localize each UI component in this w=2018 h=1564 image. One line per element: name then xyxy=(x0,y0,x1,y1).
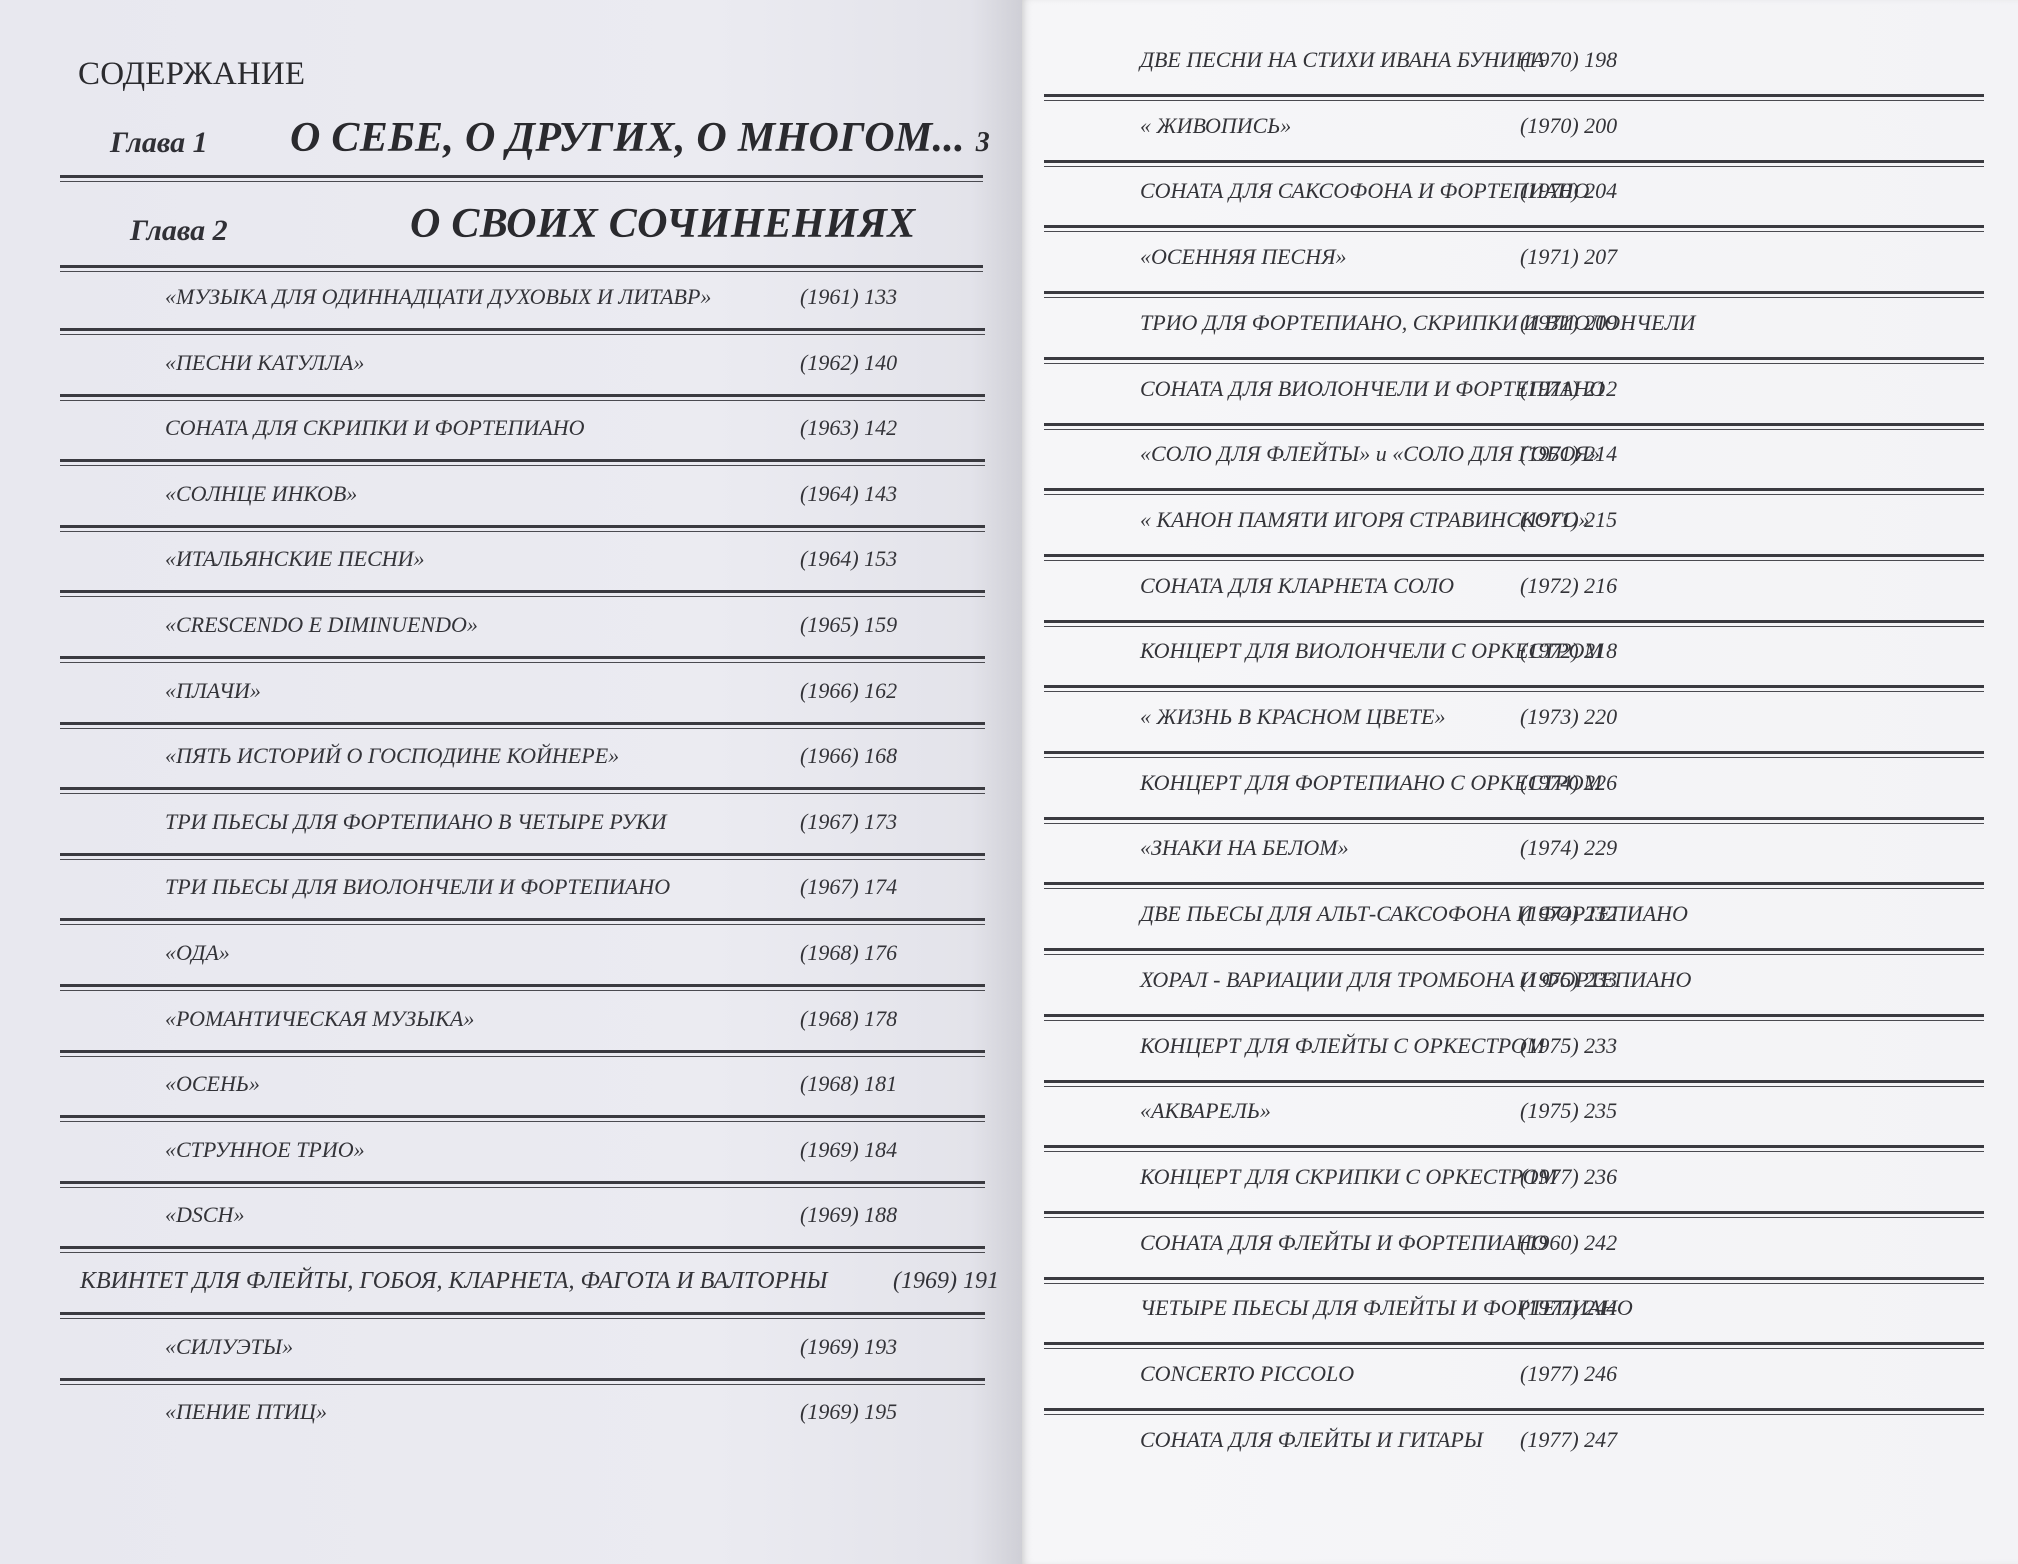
entry-year: 1977 xyxy=(1527,1295,1571,1320)
entry-year: 1970 xyxy=(1527,178,1571,203)
toc-entry[interactable]: ТРИ ПЬЕСЫ ДЛЯ ВИОЛОНЧЕЛИ И ФОРТЕПИАНО(19… xyxy=(165,874,670,900)
entry-year-page: (1972) 218 xyxy=(1520,638,1617,664)
chapter-1-page: 3 xyxy=(976,127,990,158)
entry-year: 1969 xyxy=(807,1334,851,1359)
divider xyxy=(1044,1408,1984,1415)
toc-entry[interactable]: ХОРАЛ - ВАРИАЦИИ ДЛЯ ТРОМБОНА И ФОРТЕПИА… xyxy=(1140,967,1691,993)
entry-year-page: (1970) 200 xyxy=(1520,113,1617,139)
entry-year: 1969 xyxy=(807,1202,851,1227)
entry-year-page: (1966) 162 xyxy=(800,678,897,704)
entry-page-number: 159 xyxy=(864,612,897,637)
divider xyxy=(1044,94,1984,101)
entry-year-page: (1966) 168 xyxy=(800,743,897,769)
entry-title: «АКВАРЕЛЬ» xyxy=(1140,1098,1271,1123)
divider xyxy=(1044,1342,1984,1349)
entry-year: 1969 xyxy=(901,1268,949,1294)
entry-page-number: 193 xyxy=(864,1334,897,1359)
divider xyxy=(1044,1145,1984,1152)
entry-title: « ЖИЗНЬ В КРАСНОМ ЦВЕТЕ» xyxy=(1140,704,1445,729)
entry-title: СОНАТА ДЛЯ ФЛЕЙТЫ И ФОРТЕПИАНО xyxy=(1140,1230,1548,1255)
right-page: ДВЕ ПЕСНИ НА СТИХИ ИВАНА БУНИНА(1970) 19… xyxy=(1022,0,2018,1564)
entry-title: «СОЛНЦЕ ИНКОВ» xyxy=(165,481,357,506)
entry-page-number: 176 xyxy=(864,940,897,965)
divider xyxy=(60,787,985,794)
toc-entry[interactable]: «ПЯТЬ ИСТОРИЙ О ГОСПОДИНЕ КОЙНЕРЕ»(1966)… xyxy=(165,743,619,769)
toc-entry[interactable]: «СОЛО ДЛЯ ФЛЕЙТЫ» и «СОЛО ДЛЯ ГОБОЯ»(197… xyxy=(1140,441,1600,467)
entry-year: 1974 xyxy=(1527,901,1571,926)
toc-entry[interactable]: КОНЦЕРТ ДЛЯ ФОРТЕПИАНО С ОРКЕСТРОМ(1974)… xyxy=(1140,770,1602,796)
entry-year-page: (1973) 220 xyxy=(1520,704,1617,730)
toc-entry[interactable]: «СИЛУЭТЫ»(1969) 193 xyxy=(165,1334,293,1360)
entry-page-number: 209 xyxy=(1584,310,1617,335)
entry-year-page: (1961) 133 xyxy=(800,284,897,310)
entry-year-page: (1971) 215 xyxy=(1520,507,1617,533)
entry-page-number: 235 xyxy=(1584,1098,1617,1123)
entry-title: СОНАТА ДЛЯ СКРИПКИ И ФОРТЕПИАНО xyxy=(165,415,585,440)
entry-page-number: 200 xyxy=(1584,113,1617,138)
entry-year-page: (1968) 178 xyxy=(800,1006,897,1032)
divider xyxy=(1044,554,1984,561)
entry-year-page: (1965) 159 xyxy=(800,612,897,638)
entry-year: 1966 xyxy=(807,743,851,768)
entry-title: «ОДА» xyxy=(165,940,230,965)
toc-heading: СОДЕРЖАНИЕ xyxy=(78,56,305,93)
entry-title: «ЗНАКИ НА БЕЛОМ» xyxy=(1140,835,1349,860)
entry-year: 1969 xyxy=(807,1399,851,1424)
entry-page-number: 216 xyxy=(1584,573,1617,598)
toc-entry[interactable]: «РОМАНТИЧЕСКАЯ МУЗЫКА»(1968) 178 xyxy=(165,1006,474,1032)
entry-year: 1972 xyxy=(1527,573,1571,598)
divider xyxy=(60,328,985,335)
entry-year: 1971 xyxy=(1527,507,1571,532)
entry-year: 1970 xyxy=(1527,113,1571,138)
entry-year-page: (1971) 207 xyxy=(1520,244,1617,270)
entry-year: 1972 xyxy=(1527,638,1571,663)
toc-entry[interactable]: «ЗНАКИ НА БЕЛОМ»(1974) 229 xyxy=(1140,835,1349,861)
toc-entry[interactable]: «СТРУННОЕ ТРИО»(1969) 184 xyxy=(165,1137,365,1163)
entry-year: 1960 xyxy=(1527,1230,1571,1255)
entry-page-number: 133 xyxy=(864,284,897,309)
entry-page-number: 181 xyxy=(864,1071,897,1096)
entry-page-number: 229 xyxy=(1584,835,1617,860)
entry-title: СОНАТА ДЛЯ ФЛЕЙТЫ И ГИТАРЫ xyxy=(1140,1427,1483,1452)
divider xyxy=(1044,423,1984,430)
entry-year: 1969 xyxy=(807,1137,851,1162)
entry-year-page: (1975) 233 xyxy=(1520,967,1617,993)
entry-title: ДВЕ ПЕСНИ НА СТИХИ ИВАНА БУНИНА xyxy=(1140,47,1545,72)
divider xyxy=(60,394,985,401)
toc-entry[interactable]: ТРИО ДЛЯ ФОРТЕПИАНО, СКРИПКИ И ВИОЛОНЧЕЛ… xyxy=(1140,310,1695,336)
entry-year: 1973 xyxy=(1527,704,1571,729)
toc-entry[interactable]: «ИТАЛЬЯНСКИЕ ПЕСНИ»(1964) 153 xyxy=(165,546,425,572)
entry-page-number: 162 xyxy=(864,678,897,703)
toc-entry[interactable]: « ЖИЗНЬ В КРАСНОМ ЦВЕТЕ»(1973) 220 xyxy=(1140,704,1445,730)
entry-page-number: 153 xyxy=(864,546,897,571)
entry-page-number: 215 xyxy=(1584,507,1617,532)
toc-entry[interactable]: КОНЦЕРТ ДЛЯ ФЛЕЙТЫ С ОРКЕСТРОМ(1975) 233 xyxy=(1140,1033,1545,1059)
entry-title: СОНАТА ДЛЯ КЛАРНЕТА СОЛО xyxy=(1140,573,1454,598)
entry-page-number: 140 xyxy=(864,350,897,375)
entry-year-page: (1969) 195 xyxy=(800,1399,897,1425)
toc-entry[interactable]: « ЖИВОПИСЬ»(1970) 200 xyxy=(1140,113,1291,139)
entry-title: CONCERTO PICCOLO xyxy=(1140,1361,1354,1386)
entry-title: «СИЛУЭТЫ» xyxy=(165,1334,293,1359)
toc-entry[interactable]: КОНЦЕРТ ДЛЯ ВИОЛОНЧЕЛИ С ОРКЕСТРОМ(1972)… xyxy=(1140,638,1603,664)
entry-year-page: (1977) 246 xyxy=(1520,1361,1617,1387)
chapter-2-label: Глава 2 xyxy=(130,214,228,248)
toc-entry[interactable]: ЧЕТЫРЕ ПЬЕСЫ ДЛЯ ФЛЕЙТЫ И ФОРТЕПИАНО(197… xyxy=(1140,1295,1633,1321)
entry-year-page: (1960) 242 xyxy=(1520,1230,1617,1256)
divider xyxy=(60,265,983,272)
entry-year: 1962 xyxy=(807,350,851,375)
entry-year-page: (1974) 229 xyxy=(1520,835,1617,861)
entry-year: 1970 xyxy=(1527,47,1571,72)
entry-year-page: (1975) 233 xyxy=(1520,1033,1617,1059)
toc-entry[interactable]: ДВЕ ПЕСНИ НА СТИХИ ИВАНА БУНИНА(1970) 19… xyxy=(1140,47,1545,73)
entry-year: 1968 xyxy=(807,940,851,965)
entry-page-number: 218 xyxy=(1584,638,1617,663)
entry-year-page: (1972) 216 xyxy=(1520,573,1617,599)
divider xyxy=(60,984,985,991)
toc-entry[interactable]: «CRESCENDO E DIMINUENDO»(1965) 159 xyxy=(165,612,478,638)
entry-title: «РОМАНТИЧЕСКАЯ МУЗЫКА» xyxy=(165,1006,474,1031)
entry-title: КОНЦЕРТ ДЛЯ СКРИПКИ С ОРКЕСТРОМ xyxy=(1140,1164,1557,1189)
divider xyxy=(1044,620,1984,627)
entry-year-page: (1974) 232 xyxy=(1520,901,1617,927)
entry-year-page: (1967) 173 xyxy=(800,809,897,835)
entry-page-number: 204 xyxy=(1584,178,1617,203)
divider xyxy=(1044,1080,1984,1087)
entry-year-page: (1969) 184 xyxy=(800,1137,897,1163)
entry-page-number: 178 xyxy=(864,1006,897,1031)
entry-page-number: 232 xyxy=(1584,901,1617,926)
entry-title: «ПЛАЧИ» xyxy=(165,678,261,703)
entry-year: 1975 xyxy=(1527,1098,1571,1123)
chapter-1-label: Глава 1 xyxy=(110,126,208,160)
entry-year: 1971 xyxy=(1527,376,1571,401)
toc-entry[interactable]: ТРИ ПЬЕСЫ ДЛЯ ФОРТЕПИАНО В ЧЕТЫРЕ РУКИ(1… xyxy=(165,809,667,835)
entry-year: 1964 xyxy=(807,546,851,571)
entry-title: « ЖИВОПИСЬ» xyxy=(1140,113,1291,138)
entry-title: «ПЯТЬ ИСТОРИЙ О ГОСПОДИНЕ КОЙНЕРЕ» xyxy=(165,743,619,768)
entry-title: «ОСЕНЬ» xyxy=(165,1071,260,1096)
entry-year: 1965 xyxy=(807,612,851,637)
entry-year-page: (1975) 235 xyxy=(1520,1098,1617,1124)
entry-year-page: (1970) 204 xyxy=(1520,178,1617,204)
entry-year: 1971 xyxy=(1527,310,1571,335)
chapter-2-title: О СВОИХ СОЧИНЕНИЯХ xyxy=(410,200,916,248)
toc-entry[interactable]: «СОЛНЦЕ ИНКОВ»(1964) 143 xyxy=(165,481,357,507)
entry-page-number: 174 xyxy=(864,874,897,899)
toc-entry[interactable]: КОНЦЕРТ ДЛЯ СКРИПКИ С ОРКЕСТРОМ(1977) 23… xyxy=(1140,1164,1557,1190)
entry-title: «ОСЕННЯЯ ПЕСНЯ» xyxy=(1140,244,1347,269)
toc-entry[interactable]: СОНАТА ДЛЯ КЛАРНЕТА СОЛО(1972) 216 xyxy=(1140,573,1454,599)
divider xyxy=(1044,1014,1984,1021)
entry-page-number: 233 xyxy=(1584,967,1617,992)
divider xyxy=(60,1246,985,1253)
left-page: СОДЕРЖАНИЕ Глава 1 О СЕБЕ, О ДРУГИХ, О М… xyxy=(0,0,1022,1564)
entry-page-number: 198 xyxy=(1584,47,1617,72)
entry-year-page: (1969) 188 xyxy=(800,1202,897,1228)
toc-entry[interactable]: « КАНОН ПАМЯТИ ИГОРЯ СТРАВИНСКОГО»(1971)… xyxy=(1140,507,1589,533)
entry-year-page: (1968) 181 xyxy=(800,1071,897,1097)
toc-entry[interactable]: СОНАТА ДЛЯ ВИОЛОНЧЕЛИ И ФОРТЕПИАНО(1971)… xyxy=(1140,376,1605,402)
entry-year: 1963 xyxy=(807,415,851,440)
divider xyxy=(60,1312,985,1319)
divider xyxy=(60,1115,985,1122)
entry-year: 1975 xyxy=(1527,967,1571,992)
entry-page-number: 220 xyxy=(1584,704,1617,729)
divider xyxy=(60,1181,985,1188)
divider xyxy=(60,1050,985,1057)
divider xyxy=(60,656,985,663)
entry-year-page: (1971) 212 xyxy=(1520,376,1617,402)
toc-entry[interactable]: CONCERTO PICCOLO(1977) 246 xyxy=(1140,1361,1354,1387)
divider xyxy=(1044,291,1984,298)
divider xyxy=(60,590,985,597)
entry-title: «СТРУННОЕ ТРИО» xyxy=(165,1137,365,1162)
divider xyxy=(1044,948,1984,955)
entry-page-number: 168 xyxy=(864,743,897,768)
entry-title: «ПЕСНИ КАТУЛЛА» xyxy=(165,350,364,375)
entry-title: КОНЦЕРТ ДЛЯ ФЛЕЙТЫ С ОРКЕСТРОМ xyxy=(1140,1033,1545,1058)
entry-year: 1974 xyxy=(1527,770,1571,795)
entry-year-page: (1969) 191 xyxy=(893,1268,999,1295)
entry-page-number: 142 xyxy=(864,415,897,440)
entry-page-number: 173 xyxy=(864,809,897,834)
entry-year: 1961 xyxy=(807,284,851,309)
toc-entry[interactable]: «ПЛАЧИ»(1966) 162 xyxy=(165,678,261,704)
entry-year: 1977 xyxy=(1527,1361,1571,1386)
entry-year-page: (1964) 153 xyxy=(800,546,897,572)
entry-page-number: 188 xyxy=(864,1202,897,1227)
entry-page-number: 212 xyxy=(1584,376,1617,401)
divider xyxy=(1044,751,1984,758)
entry-page-number: 233 xyxy=(1584,1033,1617,1058)
entry-year: 1964 xyxy=(807,481,851,506)
entry-year: 1968 xyxy=(807,1006,851,1031)
toc-entry[interactable]: «ПЕНИЕ ПТИЦ»(1969) 195 xyxy=(165,1399,327,1425)
toc-entry[interactable]: ДВЕ ПЬЕСЫ ДЛЯ АЛЬТ-САКСОФОНА И ФОРТЕПИАН… xyxy=(1140,901,1688,927)
toc-entry[interactable]: КВИНТЕТ ДЛЯ ФЛЕЙТЫ, ГОБОЯ, КЛАРНЕТА, ФАГ… xyxy=(80,1268,827,1295)
entry-year-page: (1967) 174 xyxy=(800,874,897,900)
toc-entry[interactable]: СОНАТА ДЛЯ САКСОФОНА И ФОРТЕПИАНО(1970) … xyxy=(1140,178,1589,204)
divider xyxy=(1044,1211,1984,1218)
entry-year: 1966 xyxy=(807,678,851,703)
divider xyxy=(1044,225,1984,232)
toc-entry[interactable]: «DSCH»(1969) 188 xyxy=(165,1202,244,1228)
toc-entry[interactable]: «МУЗЫКА ДЛЯ ОДИННАДЦАТИ ДУХОВЫХ И ЛИТАВР… xyxy=(165,284,711,310)
entry-year-page: (1968) 176 xyxy=(800,940,897,966)
toc-entry[interactable]: СОНАТА ДЛЯ ФЛЕЙТЫ И ФОРТЕПИАНО(1960) 242 xyxy=(1140,1230,1548,1256)
divider xyxy=(1044,357,1984,364)
divider xyxy=(1044,882,1984,889)
divider xyxy=(60,918,985,925)
divider xyxy=(60,722,985,729)
entry-title: «МУЗЫКА ДЛЯ ОДИННАДЦАТИ ДУХОВЫХ И ЛИТАВР… xyxy=(165,284,711,309)
entry-year-page: (1970) 198 xyxy=(1520,47,1617,73)
entry-title: ТРИ ПЬЕСЫ ДЛЯ ВИОЛОНЧЕЛИ И ФОРТЕПИАНО xyxy=(165,874,670,899)
divider xyxy=(1044,1277,1984,1284)
entry-year: 1967 xyxy=(807,874,851,899)
entry-title: «ПЕНИЕ ПТИЦ» xyxy=(165,1399,327,1424)
chapter-1-title: О СЕБЕ, О ДРУГИХ, О МНОГОМ... 3 xyxy=(290,114,990,162)
entry-year-page: (1977) 244 xyxy=(1520,1295,1617,1321)
entry-year: 1967 xyxy=(807,809,851,834)
divider xyxy=(60,459,985,466)
entry-year-page: (1962) 140 xyxy=(800,350,897,376)
entry-year: 1971 xyxy=(1527,244,1571,269)
entry-page-number: 247 xyxy=(1584,1427,1617,1452)
entry-year: 1977 xyxy=(1527,1427,1571,1452)
entry-year-page: (1964) 143 xyxy=(800,481,897,507)
entry-year: 1968 xyxy=(807,1071,851,1096)
entry-title: КВИНТЕТ ДЛЯ ФЛЕЙТЫ, ГОБОЯ, КЛАРНЕТА, ФАГ… xyxy=(80,1268,827,1294)
divider xyxy=(60,525,985,532)
entry-year: 1971 xyxy=(1527,441,1571,466)
entry-page-number: 246 xyxy=(1584,1361,1617,1386)
divider xyxy=(60,853,985,860)
divider xyxy=(1044,817,1984,824)
entry-page-number: 143 xyxy=(864,481,897,506)
toc-entry[interactable]: «АКВАРЕЛЬ»(1975) 235 xyxy=(1140,1098,1271,1124)
entry-year-page: (1969) 193 xyxy=(800,1334,897,1360)
divider xyxy=(60,175,983,182)
toc-entry[interactable]: СОНАТА ДЛЯ ФЛЕЙТЫ И ГИТАРЫ(1977) 247 xyxy=(1140,1427,1483,1453)
entry-year: 1977 xyxy=(1527,1164,1571,1189)
toc-entry[interactable]: СОНАТА ДЛЯ СКРИПКИ И ФОРТЕПИАНО(1963) 14… xyxy=(165,415,585,441)
entry-year-page: (1971) 209 xyxy=(1520,310,1617,336)
toc-entry[interactable]: «ПЕСНИ КАТУЛЛА»(1962) 140 xyxy=(165,350,364,376)
entry-year-page: (1974) 226 xyxy=(1520,770,1617,796)
entry-year: 1974 xyxy=(1527,835,1571,860)
entry-year-page: (1977) 236 xyxy=(1520,1164,1617,1190)
entry-page-number: 191 xyxy=(963,1268,999,1294)
toc-entry[interactable]: «ОСЕНЬ»(1968) 181 xyxy=(165,1071,260,1097)
entry-page-number: 214 xyxy=(1584,441,1617,466)
entry-page-number: 207 xyxy=(1584,244,1617,269)
entry-year-page: (1977) 247 xyxy=(1520,1427,1617,1453)
divider xyxy=(60,1378,985,1385)
entry-page-number: 184 xyxy=(864,1137,897,1162)
entry-page-number: 195 xyxy=(864,1399,897,1424)
divider xyxy=(1044,160,1984,167)
toc-entry[interactable]: «ОДА»(1968) 176 xyxy=(165,940,230,966)
chapter-1-title-text: О СЕБЕ, О ДРУГИХ, О МНОГОМ... xyxy=(290,115,965,161)
entry-page-number: 244 xyxy=(1584,1295,1617,1320)
entry-title: «CRESCENDO E DIMINUENDO» xyxy=(165,612,478,637)
toc-entry[interactable]: «ОСЕННЯЯ ПЕСНЯ»(1971) 207 xyxy=(1140,244,1347,270)
entry-page-number: 226 xyxy=(1584,770,1617,795)
entry-title: «ИТАЛЬЯНСКИЕ ПЕСНИ» xyxy=(165,546,425,571)
entry-page-number: 236 xyxy=(1584,1164,1617,1189)
divider xyxy=(1044,488,1984,495)
entry-page-number: 242 xyxy=(1584,1230,1617,1255)
entry-year: 1975 xyxy=(1527,1033,1571,1058)
entry-year-page: (1971) 214 xyxy=(1520,441,1617,467)
entry-year-page: (1963) 142 xyxy=(800,415,897,441)
entry-title: ТРИ ПЬЕСЫ ДЛЯ ФОРТЕПИАНО В ЧЕТЫРЕ РУКИ xyxy=(165,809,667,834)
divider xyxy=(1044,685,1984,692)
entry-title: «DSCH» xyxy=(165,1202,244,1227)
